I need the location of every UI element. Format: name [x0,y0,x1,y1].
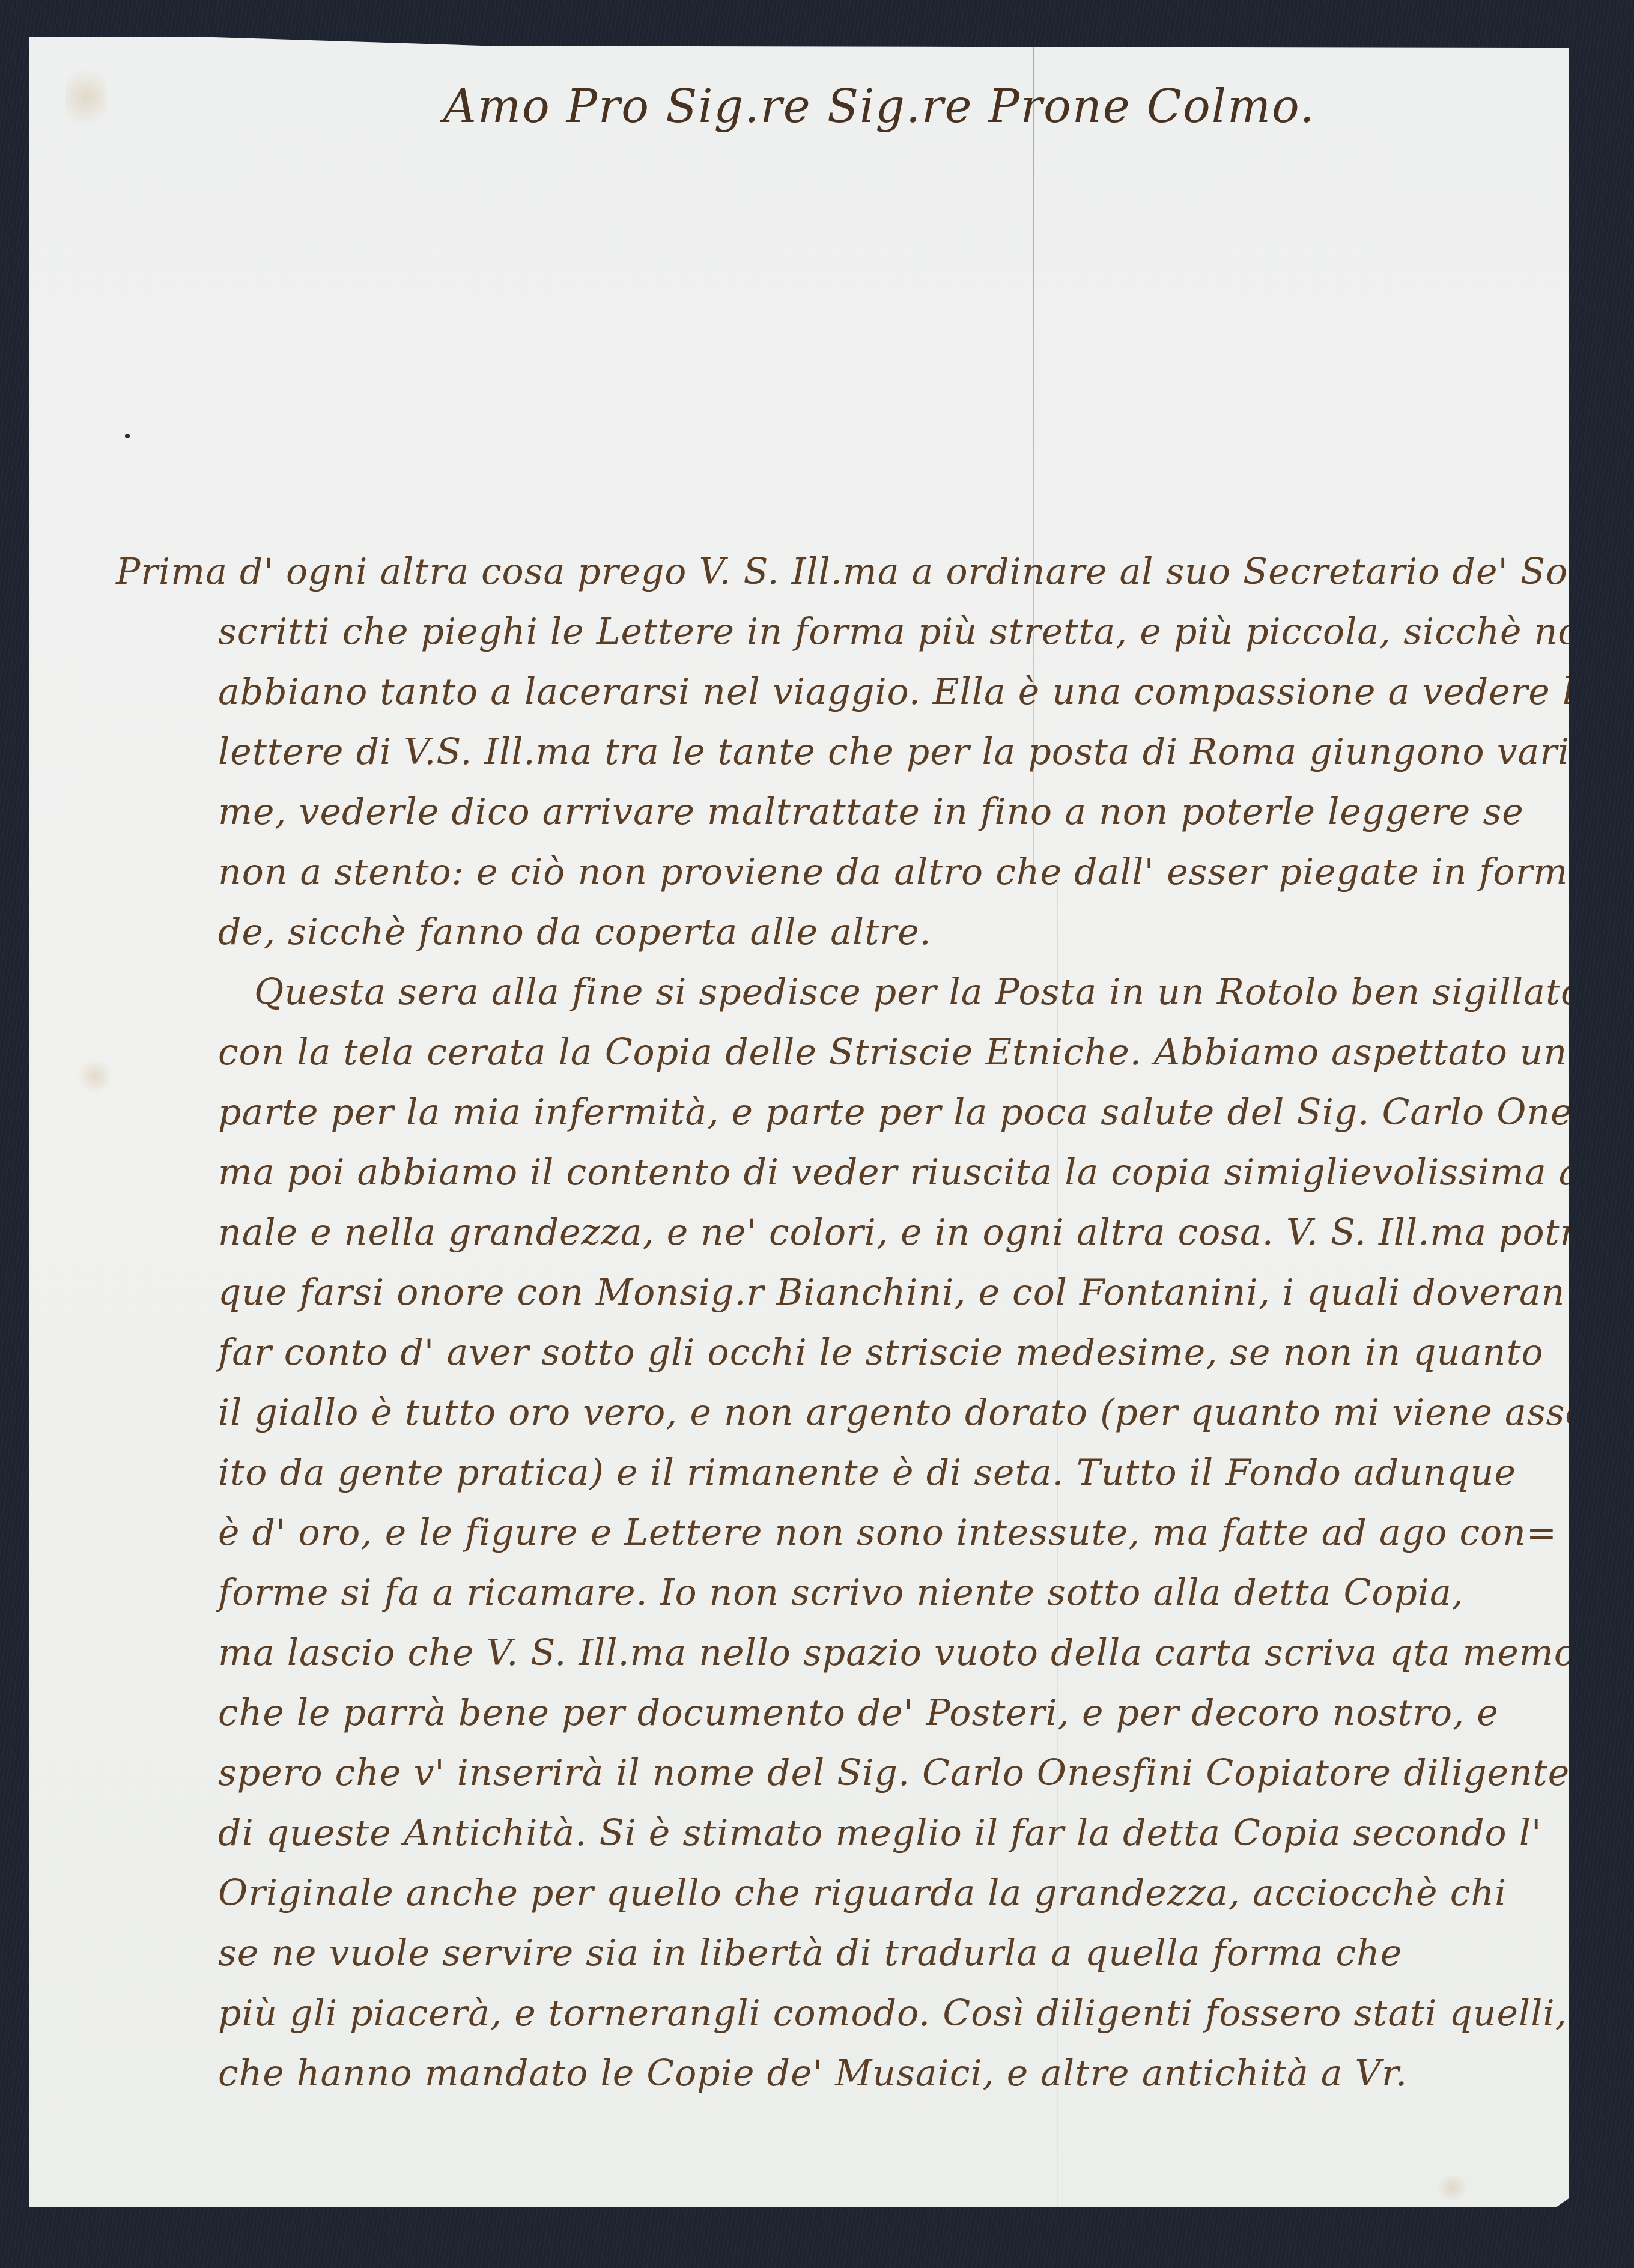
text-line: con la tela cerata la Copia delle Strisc… [116,1022,1582,1082]
text-line: ma poi abbiamo il contento di veder rius… [116,1142,1582,1202]
letter-body: Prima d' ogni altra cosa prego V. S. Ill… [116,542,1582,2103]
text-line: parte per la mia infermità, e parte per … [116,1082,1582,1142]
foxing-stain [77,1058,113,1094]
text-line: di queste Antichità. Si è stimato meglio… [116,1803,1582,1863]
text-line: forme si fa a ricamare. Io non scrivo ni… [116,1563,1582,1623]
text-line: se ne vuole servire sia in libertà di tr… [116,1923,1582,1983]
text-line: Originale anche per quello che riguarda … [116,1863,1582,1923]
text-line: spero che v' inserirà il nome del Sig. C… [116,1743,1582,1803]
ink-dot [125,434,130,438]
text-line: scritti che pieghi le Lettere in forma p… [116,602,1582,662]
text-line: il giallo è tutto oro vero, e non argent… [116,1383,1582,1443]
paragraph-start-line: Questa sera alla fine si spedisce per la… [116,962,1582,1022]
text-line: de, sicchè fanno da coperta alle altre. [116,902,1582,962]
text-line: lettere di V.S. Ill.ma tra le tante che … [116,722,1582,782]
text-line: abbiano tanto a lacerarsi nel viaggio. E… [116,662,1582,722]
text-line: me, vederle dico arrivare maltrattate in… [116,782,1582,842]
salutation: Amo Pro Sig.re Sig.re Prone Colmo. [443,79,1316,133]
foxing-stain [65,61,107,133]
text-line: che le parrà bene per documento de' Post… [116,1683,1582,1743]
text-line: ma lascio che V. S. Ill.ma nello spazio … [116,1623,1582,1683]
text-line: che hanno mandato le Copie de' Musaici, … [116,2043,1582,2103]
text-line: è d' oro, e le figure e Lettere non sono… [116,1503,1582,1563]
text-line: non a stento: e ciò non proviene da altr… [116,842,1582,902]
text-line: Prima d' ogni altra cosa prego V. S. Ill… [116,542,1582,602]
text-line: più gli piacerà, e tornerangli comodo. C… [116,1983,1582,2043]
text-line: nale e nella grandezza, e ne' colori, e … [116,1202,1582,1263]
text-line: ito da gente pratica) e il rimanente è d… [116,1443,1582,1503]
letter-sheet: Amo Pro Sig.re Sig.re Prone Colmo. Prima… [29,37,1569,2207]
foxing-stain [1435,2176,1471,2200]
text-line: que farsi onore con Monsig.r Bianchini, … [116,1263,1582,1323]
text-line: far conto d' aver sotto gli occhi le str… [116,1323,1582,1383]
